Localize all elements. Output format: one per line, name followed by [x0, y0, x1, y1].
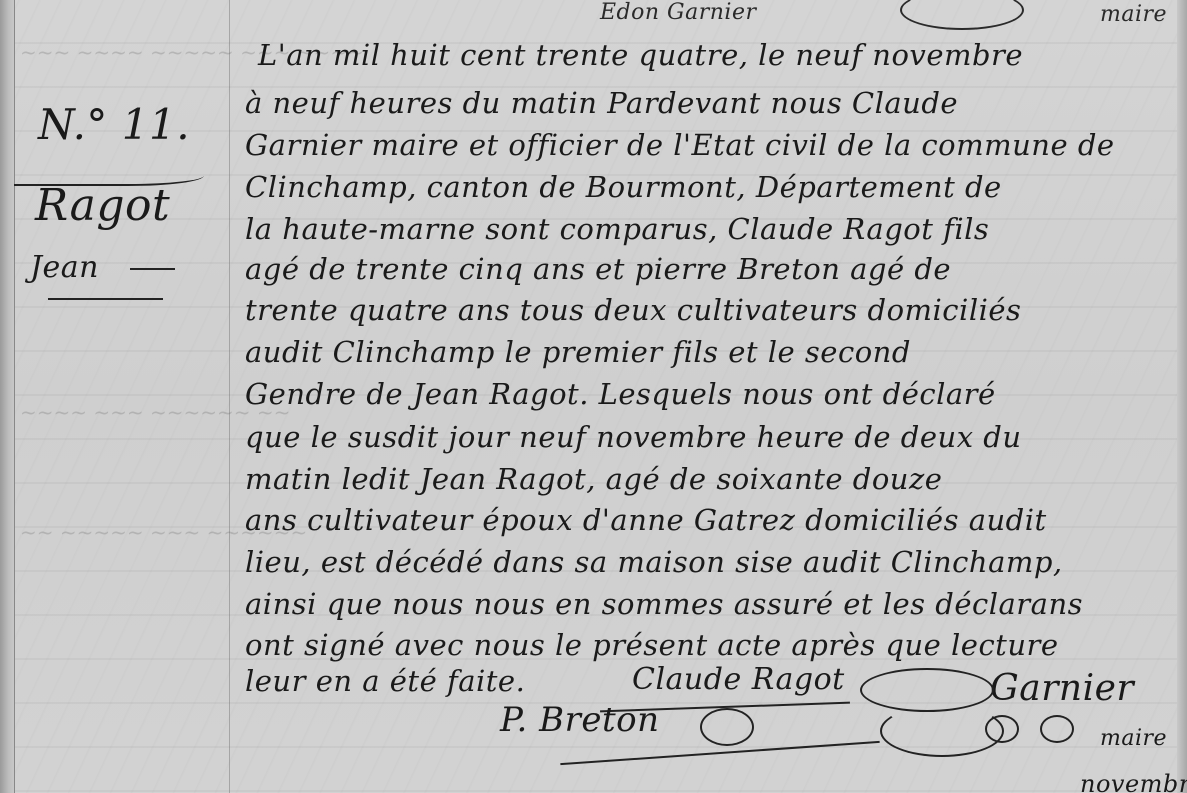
register-page: ~~~ ~~~~ ~~~~~ ~~~ ~~~~ ~~~~ ~~~ ~~~~~~ … — [0, 0, 1187, 793]
body-line-9: Gendre de Jean Ragot. Lesquels nous ont … — [245, 377, 996, 411]
signature-flourish — [985, 715, 1019, 743]
body-line-14: ainsi que nous nous en sommes assuré et … — [245, 587, 1083, 621]
body-line-12: ans cultivateur époux d'anne Gatrez domi… — [245, 503, 1047, 537]
signature-claude-ragot: Claude Ragot — [632, 662, 845, 697]
body-line-5: la haute-marne sont comparus, Claude Rag… — [245, 212, 989, 246]
mayor-title: maire — [1100, 726, 1167, 751]
margin-surname: Ragot — [35, 180, 170, 231]
body-line-15: ont signé avec nous le présent acte aprè… — [245, 628, 1059, 662]
margin-rule — [229, 0, 230, 793]
entry-number: N.° 11. — [38, 100, 190, 149]
signature-p-breton: P. Breton — [500, 700, 660, 740]
signature-garnier: Garnier — [990, 668, 1134, 709]
signature-flourish — [1040, 715, 1074, 743]
body-line-8: audit Clinchamp le premier fils et le se… — [245, 335, 911, 369]
margin-given-name: Jean — [30, 250, 99, 285]
body-line-4: Clinchamp, canton de Bourmont, Départeme… — [245, 170, 1002, 204]
body-line-7: trente quatre ans tous deux cultivateurs… — [245, 293, 1021, 327]
binding-line — [14, 0, 15, 793]
body-line-2: à neuf heures du matin Pardevant nous Cl… — [245, 86, 958, 120]
signature-flourish — [900, 0, 1024, 30]
body-line-3: Garnier maire et officier de l'Etat civi… — [245, 128, 1115, 162]
body-line-10: que le susdit jour neuf novembre heure d… — [245, 420, 1022, 454]
body-line-6: agé de trente cinq ans et pierre Breton … — [245, 252, 951, 286]
next-entry-fragment: novembre — [1080, 770, 1187, 793]
body-line-13: lieu, est décédé dans sa maison sise aud… — [245, 545, 1063, 579]
signature-flourish — [700, 708, 754, 746]
page-right-edge — [1177, 0, 1187, 793]
margin-rule-short — [130, 268, 175, 270]
previous-entry-signature: Edon Garnier — [600, 0, 757, 25]
body-line-16: leur en a été faite. — [245, 664, 525, 698]
previous-entry-mayor-title: maire — [1100, 2, 1167, 27]
body-line-1: L'an mil huit cent trente quatre, le neu… — [258, 38, 1023, 72]
margin-rule-long — [48, 298, 163, 300]
binding-edge — [0, 0, 14, 793]
body-line-11: matin ledit Jean Ragot, agé de soixante … — [245, 462, 942, 496]
